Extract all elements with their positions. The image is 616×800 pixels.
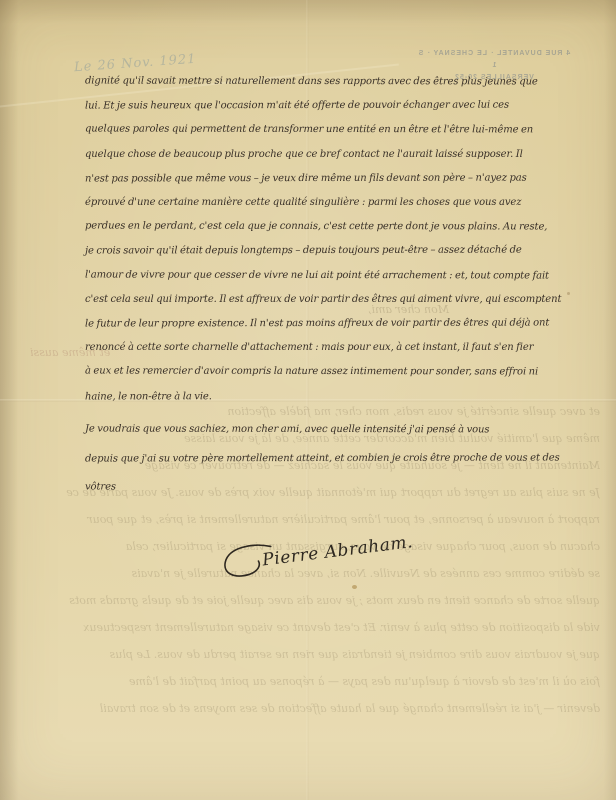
handwritten-line: vôtres — [85, 472, 563, 502]
handwritten-line: dignité qu'il savait mettre si naturelle… — [85, 69, 563, 94]
letter-paragraph-2: Je voudrais que vous sachiez, mon cher a… — [85, 415, 563, 502]
handwritten-line: quelque chose de beaucoup plus proche qu… — [85, 143, 563, 167]
paper-speck — [567, 292, 570, 295]
handwritten-line: Je voudrais que vous sachiez, mon cher a… — [85, 414, 563, 444]
handwritten-line: quelques paroles qui permettent de trans… — [85, 118, 563, 143]
handwritten-line: c'est cela seul qui importe. Il est affr… — [85, 288, 563, 312]
signature-text: Pierre Abraham. — [261, 532, 414, 570]
handwritten-line: lui. Et je suis heureux que l'occasion m… — [85, 94, 563, 119]
bleedthrough-letterhead-line1: 4 RUE DUVANTEL · LE CHESNAY · S 1 — [414, 48, 574, 72]
letter-page: 4 RUE DUVANTEL · LE CHESNAY · S 1 VERSAI… — [0, 0, 616, 800]
handwritten-line: l'amour de vivre pour que cesser de vivr… — [85, 263, 563, 288]
letter-body: dignité qu'il savait mettre si naturelle… — [85, 70, 563, 502]
handwritten-line: à eux et les remercier d'avoir compris l… — [85, 360, 563, 385]
handwritten-line: éprouvé d'une certaine manière cette qua… — [85, 191, 563, 215]
letter-paragraph-1: dignité qu'il savait mettre si naturelle… — [85, 70, 563, 409]
paper-speck — [352, 585, 357, 589]
handwritten-line: je crois savoir qu'il était depuis longt… — [85, 239, 563, 264]
handwritten-line: haine, le non-être à la vie. — [85, 384, 563, 409]
handwritten-line: renoncé à cette sorte charnelle d'attach… — [85, 336, 563, 360]
handwritten-line: perdues en le perdant, c'est cela que je… — [85, 215, 563, 240]
handwritten-line: n'est pas possible que même vous – je ve… — [85, 166, 563, 191]
handwritten-line: le futur de leur propre existence. Il n'… — [85, 312, 563, 337]
signature: Pierre Abraham. — [216, 521, 415, 587]
handwritten-line: depuis que j'ai su votre père mortelleme… — [85, 443, 563, 473]
